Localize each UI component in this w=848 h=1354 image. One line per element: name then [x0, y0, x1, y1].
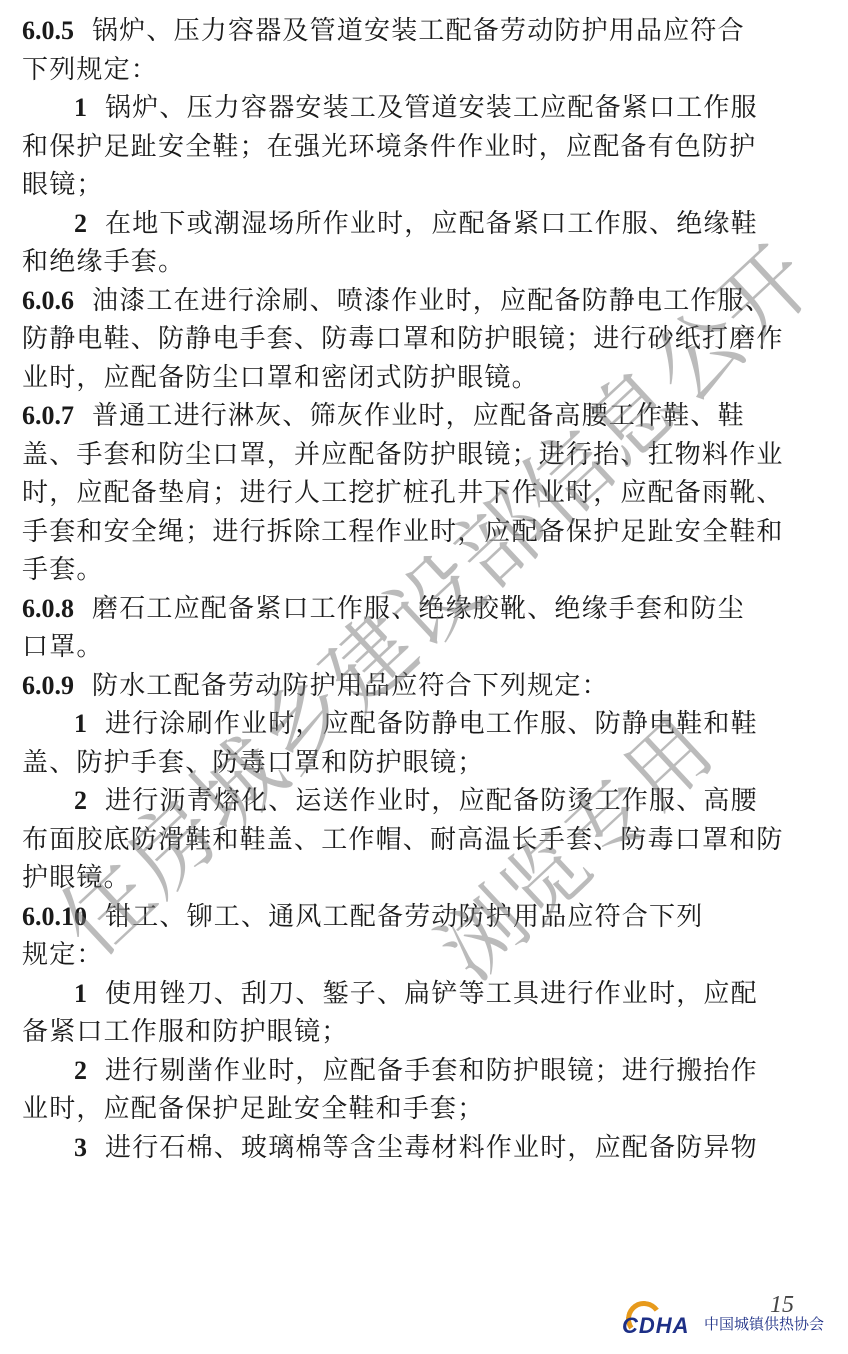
- item-number: 3: [74, 1133, 87, 1162]
- line-text: 和绝缘手套。: [22, 247, 185, 277]
- line-text: 手套和安全绳；进行拆除工程作业时，应配备保护足趾安全鞋和: [22, 517, 784, 547]
- line-text: 眼镜；: [22, 170, 104, 200]
- line-text: 手套。: [22, 555, 104, 585]
- text-line: 时，应配备垫肩；进行人工挖扩桩孔井下作业时，应配备雨靴、: [22, 474, 822, 513]
- line-text: 磨石工应配备紧口工作服、绝缘胶靴、绝缘手套和防尘: [92, 594, 745, 624]
- text-line: 业时，应配备保护足趾安全鞋和手套；: [22, 1090, 822, 1129]
- text-line: 防静电鞋、防静电手套、防毒口罩和防护眼镜；进行砂纸打磨作: [22, 320, 822, 359]
- list-item-line: 1使用锉刀、刮刀、錾子、扁铲等工具进行作业时，应配: [22, 975, 822, 1014]
- text-line: 业时，应配备防尘口罩和密闭式防护眼镜。: [22, 359, 822, 398]
- text-line: 手套。: [22, 551, 822, 590]
- text-line: 和绝缘手套。: [22, 243, 822, 282]
- line-text: 使用锉刀、刮刀、錾子、扁铲等工具进行作业时，应配: [105, 979, 758, 1009]
- clause-line: 6.0.7普通工进行淋灰、筛灰作业时，应配备高腰工作鞋、鞋: [22, 397, 822, 436]
- line-text: 盖、手套和防尘口罩，并应配备防护眼镜；进行抬、扛物料作业: [22, 440, 784, 470]
- document-page: 6.0.5锅炉、压力容器及管道安装工配备劳动防护用品应符合下列规定：1锅炉、压力…: [0, 0, 848, 1354]
- line-text: 下列规定：: [22, 55, 158, 85]
- line-text: 和保护足趾安全鞋；在强光环境条件作业时，应配备有色防护: [22, 132, 756, 162]
- clause-line: 6.0.9防水工配备劳动防护用品应符合下列规定：: [22, 667, 822, 706]
- text-line: 眼镜；: [22, 166, 822, 205]
- logo-abbreviation: CDHA: [622, 1313, 690, 1339]
- text-line: 备紧口工作服和防护眼镜；: [22, 1013, 822, 1052]
- text-line: 规定：: [22, 936, 822, 975]
- text-line: 口罩。: [22, 628, 822, 667]
- clause-line: 6.0.5锅炉、压力容器及管道安装工配备劳动防护用品应符合: [22, 12, 822, 51]
- text-line: 布面胶底防滑鞋和鞋盖、工作帽、耐高温长手套、防毒口罩和防: [22, 821, 822, 860]
- clause-number: 6.0.10: [22, 902, 87, 931]
- line-text: 进行沥青熔化、运送作业时，应配备防烫工作服、高腰: [105, 786, 758, 816]
- clause-number: 6.0.5: [22, 16, 74, 45]
- item-number: 1: [74, 979, 87, 1008]
- text-line: 盖、防护手套、防毒口罩和防护眼镜；: [22, 744, 822, 783]
- cdha-logo-icon: CDHA: [620, 1299, 700, 1339]
- clause-number: 6.0.9: [22, 671, 74, 700]
- line-text: 防水工配备劳动防护用品应符合下列规定：: [92, 671, 609, 701]
- text-line: 下列规定：: [22, 51, 822, 90]
- line-text: 锅炉、压力容器安装工及管道安装工应配备紧口工作服: [105, 93, 758, 123]
- line-text: 进行石棉、玻璃棉等含尘毒材料作业时，应配备防异物: [105, 1133, 758, 1163]
- line-text: 口罩。: [22, 632, 104, 662]
- list-item-line: 2进行沥青熔化、运送作业时，应配备防烫工作服、高腰: [22, 782, 822, 821]
- list-item-line: 2进行剔凿作业时，应配备手套和防护眼镜；进行搬抬作: [22, 1052, 822, 1091]
- item-number: 1: [74, 93, 87, 122]
- line-text: 盖、防护手套、防毒口罩和防护眼镜；: [22, 748, 484, 778]
- line-text: 进行涂刷作业时，应配备防静电工作服、防静电鞋和鞋: [105, 709, 758, 739]
- line-text: 锅炉、压力容器及管道安装工配备劳动防护用品应符合: [92, 16, 745, 46]
- page-number: 15: [770, 1292, 794, 1319]
- clause-number: 6.0.6: [22, 286, 74, 315]
- text-line: 手套和安全绳；进行拆除工程作业时，应配备保护足趾安全鞋和: [22, 513, 822, 552]
- association-name: 中国城镇供热协会: [704, 1313, 824, 1334]
- line-text: 布面胶底防滑鞋和鞋盖、工作帽、耐高温长手套、防毒口罩和防: [22, 825, 784, 855]
- line-text: 防静电鞋、防静电手套、防毒口罩和防护眼镜；进行砂纸打磨作: [22, 324, 784, 354]
- line-text: 普通工进行淋灰、筛灰作业时，应配备高腰工作鞋、鞋: [92, 401, 745, 431]
- line-text: 在地下或潮湿场所作业时，应配备紧口工作服、绝缘鞋: [105, 209, 758, 239]
- list-item-line: 2在地下或潮湿场所作业时，应配备紧口工作服、绝缘鞋: [22, 205, 822, 244]
- clause-line: 6.0.8磨石工应配备紧口工作服、绝缘胶靴、绝缘手套和防尘: [22, 590, 822, 629]
- line-text: 进行剔凿作业时，应配备手套和防护眼镜；进行搬抬作: [105, 1056, 758, 1086]
- clause-line: 6.0.10钳工、铆工、通风工配备劳动防护用品应符合下列: [22, 898, 822, 937]
- line-text: 钳工、铆工、通风工配备劳动防护用品应符合下列: [105, 902, 703, 932]
- document-body: 6.0.5锅炉、压力容器及管道安装工配备劳动防护用品应符合下列规定：1锅炉、压力…: [22, 12, 822, 1167]
- line-text: 时，应配备垫肩；进行人工挖扩桩孔井下作业时，应配备雨靴、: [22, 478, 784, 508]
- line-text: 业时，应配备防尘口罩和密闭式防护眼镜。: [22, 363, 539, 393]
- line-text: 规定：: [22, 940, 104, 970]
- clause-line: 6.0.6油漆工在进行涂刷、喷漆作业时，应配备防静电工作服、: [22, 282, 822, 321]
- clause-number: 6.0.7: [22, 401, 74, 430]
- line-text: 备紧口工作服和防护眼镜；: [22, 1017, 348, 1047]
- text-line: 护眼镜。: [22, 859, 822, 898]
- list-item-line: 3进行石棉、玻璃棉等含尘毒材料作业时，应配备防异物: [22, 1129, 822, 1168]
- text-line: 盖、手套和防尘口罩，并应配备防护眼镜；进行抬、扛物料作业: [22, 436, 822, 475]
- item-number: 2: [74, 786, 87, 815]
- list-item-line: 1锅炉、压力容器安装工及管道安装工应配备紧口工作服: [22, 89, 822, 128]
- item-number: 2: [74, 1056, 87, 1085]
- item-number: 2: [74, 209, 87, 238]
- text-line: 和保护足趾安全鞋；在强光环境条件作业时，应配备有色防护: [22, 128, 822, 167]
- item-number: 1: [74, 709, 87, 738]
- line-text: 业时，应配备保护足趾安全鞋和手套；: [22, 1094, 484, 1124]
- line-text: 护眼镜。: [22, 863, 131, 893]
- line-text: 油漆工在进行涂刷、喷漆作业时，应配备防静电工作服、: [92, 286, 772, 316]
- list-item-line: 1进行涂刷作业时，应配备防静电工作服、防静电鞋和鞋: [22, 705, 822, 744]
- clause-number: 6.0.8: [22, 594, 74, 623]
- association-logo: CDHA 中国城镇供热协会: [620, 1296, 848, 1342]
